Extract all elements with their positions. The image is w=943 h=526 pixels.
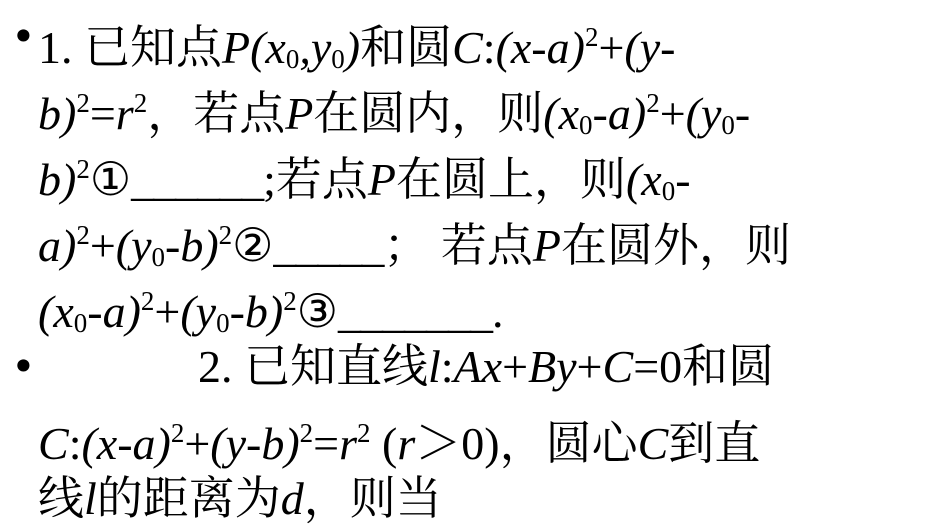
text-segment: + [577, 341, 603, 392]
text-segment: (y [180, 286, 216, 337]
text-segment: ③ [297, 286, 338, 337]
text-segment: + [598, 22, 624, 73]
text-line: (x0-a)2+(y0-b)2③_______. [38, 268, 943, 334]
slide-body: •1. 已知点P(x0,y0)和圆C:(x-a)2+(y-b)2=r2，若点P在… [0, 0, 943, 526]
text-segment: -b) [230, 286, 284, 337]
text-segment: : [69, 418, 82, 469]
text-segment: : [483, 22, 496, 73]
text-segment: 2 [76, 88, 90, 118]
text-segment: 和圆 [682, 341, 774, 392]
bullet-item-problem-2: •2. 已知直线l:Ax+By+C=0和圆C:(x-a)2+(y-b)2=r2 … [0, 334, 943, 526]
text-line: 1. 已知点P(x0,y0)和圆C:(x-a)2+(y- [38, 4, 943, 70]
text-segment: =0 [633, 341, 682, 392]
text-segment: . [492, 286, 504, 337]
text-segment: -a) [593, 88, 647, 139]
text-segment: 2 [283, 286, 297, 316]
blank-underline: _______ [338, 286, 492, 337]
text-segment: (y-b) [210, 418, 299, 469]
text-segment: 到直 [668, 418, 760, 469]
text-segment: - [675, 154, 690, 205]
text-segment: 的距离为 [97, 473, 281, 524]
text-segment: (x [543, 88, 579, 139]
text-segment: C [38, 418, 69, 469]
text-segment: + [184, 418, 210, 469]
text-segment: r [397, 418, 415, 469]
text-segment: 和圆 [360, 22, 452, 73]
text-segment: a) [38, 220, 76, 271]
text-segment: (x-a) [496, 22, 585, 73]
text-segment: = [313, 418, 339, 469]
bullet-marker: • [0, 4, 38, 70]
text-lines: 2. 已知直线l:Ax+By+C=0和圆C:(x-a)2+(y-b)2=r2 (… [38, 334, 943, 526]
text-segment: 已知直线 [244, 341, 428, 392]
text-segment: r [116, 88, 134, 139]
text-segment: 已知点 [84, 22, 222, 73]
text-segment: P [285, 88, 313, 139]
text-segment: 2 [585, 22, 599, 52]
bullet-item-problem-1: •1. 已知点P(x0,y0)和圆C:(x-a)2+(y-b)2=r2，若点P在… [0, 4, 943, 334]
text-line: a)2+(y0-b)2②_____； 若点P在圆外，则 [38, 202, 943, 268]
text-segment: ，则当 [304, 473, 442, 524]
text-segment: (y [116, 220, 152, 271]
text-line: 线l的距离为d，则当 [38, 466, 943, 526]
blank-underline: ______ [131, 154, 263, 205]
text-segment: 若点 [276, 154, 368, 205]
text-segment: d [281, 473, 304, 524]
text-segment: 2 [219, 220, 233, 250]
text-segment: -b) [165, 220, 219, 271]
text-segment: ① [90, 154, 131, 205]
text-segment: : [441, 341, 454, 392]
text-segment: 1. [38, 22, 84, 73]
text-segment: + [90, 220, 116, 271]
text-segment: (x [626, 154, 662, 205]
text-segment: 2 [300, 418, 314, 448]
text-segment: (y [686, 88, 722, 139]
text-segment: P(x [222, 22, 286, 73]
text-lines: 1. 已知点P(x0,y0)和圆C:(x-a)2+(y-b)2=r2，若点P在圆… [38, 4, 943, 334]
text-line: C:(x-a)2+(y-b)2=r2 (r＞0)，圆心C到直 [38, 400, 943, 466]
text-segment: l [84, 473, 97, 524]
text-segment: - [735, 88, 750, 139]
text-segment: C [638, 418, 669, 469]
text-segment: 2 [171, 418, 185, 448]
text-segment: (x [38, 286, 74, 337]
text-segment: + [660, 88, 686, 139]
text-segment: r [339, 418, 357, 469]
text-segment: 2. [198, 341, 244, 392]
text-segment: C [452, 22, 483, 73]
text-segment: (y- [624, 22, 675, 73]
text-segment: 在圆外，则 [561, 220, 791, 271]
text-segment: 2 [357, 418, 371, 448]
text-segment: ，若点 [147, 88, 285, 139]
text-segment: -a) [87, 286, 141, 337]
text-line: b)2=r2，若点P在圆内，则(x0-a)2+(y0- [38, 70, 943, 136]
text-segment: ＞0) [415, 418, 499, 469]
text-segment: b) [38, 88, 76, 139]
text-segment: ; [263, 154, 276, 205]
text-segment: + [502, 341, 528, 392]
text-segment: = [90, 88, 116, 139]
blank-underline: _____ [273, 220, 383, 271]
text-segment: ,y [299, 22, 331, 73]
text-segment: 在圆内，则 [313, 88, 543, 139]
text-segment: ( [371, 418, 398, 469]
text-segment: 2 [646, 88, 660, 118]
text-segment: b) [38, 154, 76, 205]
text-segment: 2 [76, 220, 90, 250]
text-segment: 在圆上，则 [396, 154, 626, 205]
text-segment: 0 [721, 110, 735, 140]
text-segment: ，圆心 [500, 418, 638, 469]
text-segment: ② [232, 220, 273, 271]
text-line: 2. 已知直线l:Ax+By+C=0和圆 [38, 334, 943, 400]
text-segment: P [368, 154, 396, 205]
text-line: b)2①______;若点P在圆上，则(x0- [38, 136, 943, 202]
text-segment: 线 [38, 473, 84, 524]
text-segment: 2 [134, 88, 148, 118]
text-segment: P [533, 220, 561, 271]
bullet-marker: • [0, 334, 38, 400]
text-segment: Ax [454, 341, 503, 392]
text-segment: 2 [141, 286, 155, 316]
text-segment: By [528, 341, 577, 392]
text-segment: ； 若点 [383, 220, 533, 271]
text-segment: ) [345, 22, 360, 73]
text-segment: l [428, 341, 441, 392]
text-segment: 2 [76, 154, 90, 184]
text-segment: + [154, 286, 180, 337]
text-segment: (x-a) [81, 418, 170, 469]
text-segment: C [603, 341, 634, 392]
